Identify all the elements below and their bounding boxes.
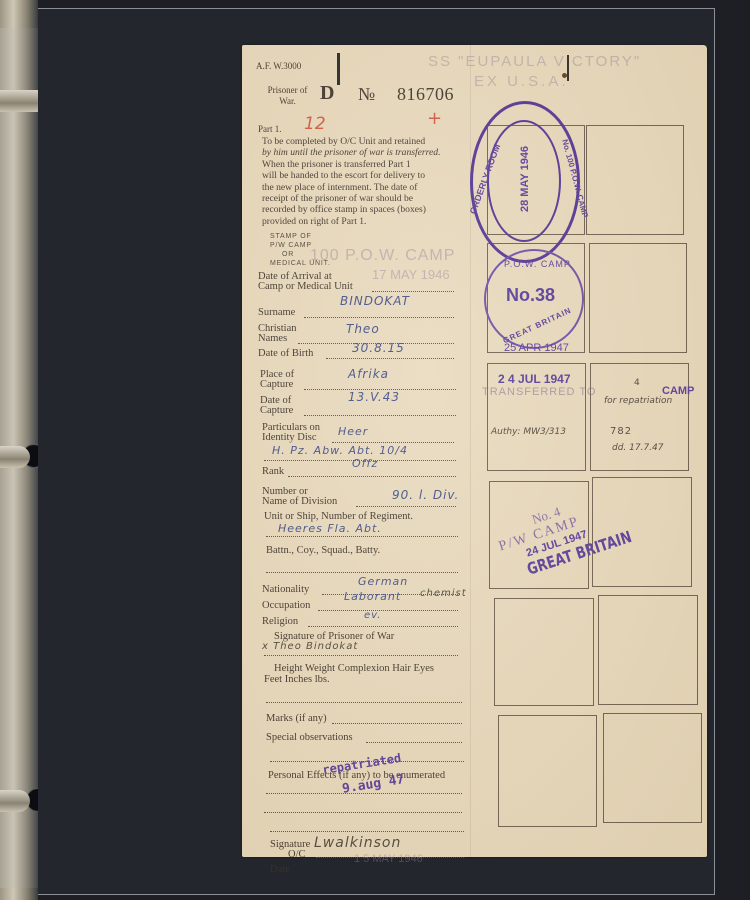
pin-hole [562,73,567,78]
regiment-line [266,536,458,537]
occupation-annotation: chemist [420,588,467,599]
special-observations-label: Special observations [266,732,353,744]
arrival-camp-stamp: 100 P.O.W. CAMP [310,247,455,265]
orderly-room-date: 28 MAY 1946 [519,148,531,212]
signature-pow-value: x Theo Bindokat [262,641,358,652]
rank-line [288,476,456,477]
instructions: To be completed by O/C Unit and retained… [262,136,467,227]
personal-effects-line [266,793,462,794]
transfer-authority: Authy: MW3/313 [491,427,566,437]
identity-disc-value: Heer [338,425,368,438]
rank-value: Offz [352,457,378,470]
marks-line [332,723,462,724]
date-of-capture-line [304,415,456,416]
battalion-label: Battn., Coy., Squad., Batty. [266,545,380,557]
ink-mark [337,53,340,85]
stamp-box-2 [586,125,684,235]
surname-label: Surname [258,307,295,319]
signature-oc-value: Lwalkinson [314,835,401,851]
place-of-capture-value: Afrika [348,367,389,381]
oc-faint-date-stamp: 1 5 MAY 1946 [354,853,423,865]
date-label: Date [270,864,290,876]
stamp-box-12 [603,713,702,823]
nationality-value: German [358,575,408,588]
transfer-reference: 782 [610,426,632,437]
physical-line [266,702,462,703]
dob-value: 30.8.15 [352,341,405,355]
dob-line [326,358,454,359]
dob-label: Date of Birth [258,348,313,360]
identity-disc-label-2: Identity Disc [262,432,317,444]
identity-disc-value-2: H. Pz. Abw. Abt. 10/4 [272,444,408,457]
binder-ring-middle [0,446,30,468]
identity-disc-line [332,442,454,443]
christian-names-label-2: Names [258,333,287,345]
camp-38-ring-bottom: GREAT BRITAIN [502,306,573,346]
division-line [356,506,456,507]
surname-value: BINDOKAT [340,294,410,308]
marks-label: Marks (if any) [266,713,327,725]
rank-label: Rank [262,466,284,478]
series-letter: D [320,87,334,99]
religion-label: Religion [262,616,298,628]
form-code: A.F. W.3000 [256,60,301,72]
binder-ring-bottom [0,790,30,812]
surname-line [304,317,454,318]
transferred-to-stamp: TRANSFERRED TO [482,386,596,398]
religion-line [308,626,458,627]
stamp-box-9 [494,598,594,706]
battalion-line [266,572,458,573]
christian-names-value: Theo [346,322,380,336]
transfer-note: for repatriation [604,396,672,406]
arrival-label-2: Camp or Medical Unit [258,281,353,293]
transfer-camp-number: 4 [634,378,641,388]
part-label: Part 1. [258,123,282,135]
occupation-value: Laborant [344,590,401,603]
signature-pow-line [264,655,458,656]
religion-value: ev. [364,610,381,621]
pow-label: Prisoner of War. [260,85,315,107]
camp-38-ring-top: P.O.W. CAMP [504,259,571,269]
number-symbol: № [358,88,375,100]
signature-oc-label-2: O/C [288,849,306,861]
camp-38-date: 25 APR 1947 [504,342,569,354]
personal-effects-line-3 [270,831,464,832]
personal-effects-line-2 [264,812,462,813]
arrival-line [372,291,454,292]
cross-mark: + [427,113,442,125]
stamp-box-11 [498,715,597,827]
part-annotation: 12 [304,118,326,130]
division-value: 90. l. Div. [392,488,459,502]
camp-38-stamp: P.O.W. CAMP No.38 GREAT BRITAIN [484,249,584,349]
nationality-label: Nationality [262,584,309,596]
ship-stamp-line-2: EX U.S.A. [474,73,569,90]
regiment-value: Heeres Fla. Abt. [278,522,382,535]
serial-number: 816706 [397,88,454,100]
occupation-label: Occupation [262,600,310,612]
stamp-box-4 [589,243,687,353]
camp-38-number: No.38 [506,285,555,306]
ink-tick [567,55,569,81]
special-observations-line [366,742,462,743]
place-of-capture-label-2: Capture [260,379,293,391]
occupation-line [318,610,458,611]
arrival-date-stamp: 17 MAY 1946 [372,267,450,282]
physical-units-label: Feet Inches lbs. [264,674,330,686]
transfer-date-stamp: 2 4 JUL 1947 [498,372,571,386]
date-of-capture-label-2: Capture [260,405,293,417]
ship-stamp-line-1: SS "EUPAULA VICTORY" [428,53,641,70]
division-label-2: Name of Division [262,496,337,508]
stamp-box-10 [598,595,698,705]
transfer-reference-date: dd. 17.7.47 [612,443,664,453]
date-of-capture-value: 13.V.43 [348,390,400,404]
pow-record-card: A.F. W.3000 Prisoner of War. D № 816706 … [242,45,707,857]
orderly-room-stamp: 28 MAY 1946 ORDERLY ROOM No. 100 P.O.W. … [470,101,580,263]
